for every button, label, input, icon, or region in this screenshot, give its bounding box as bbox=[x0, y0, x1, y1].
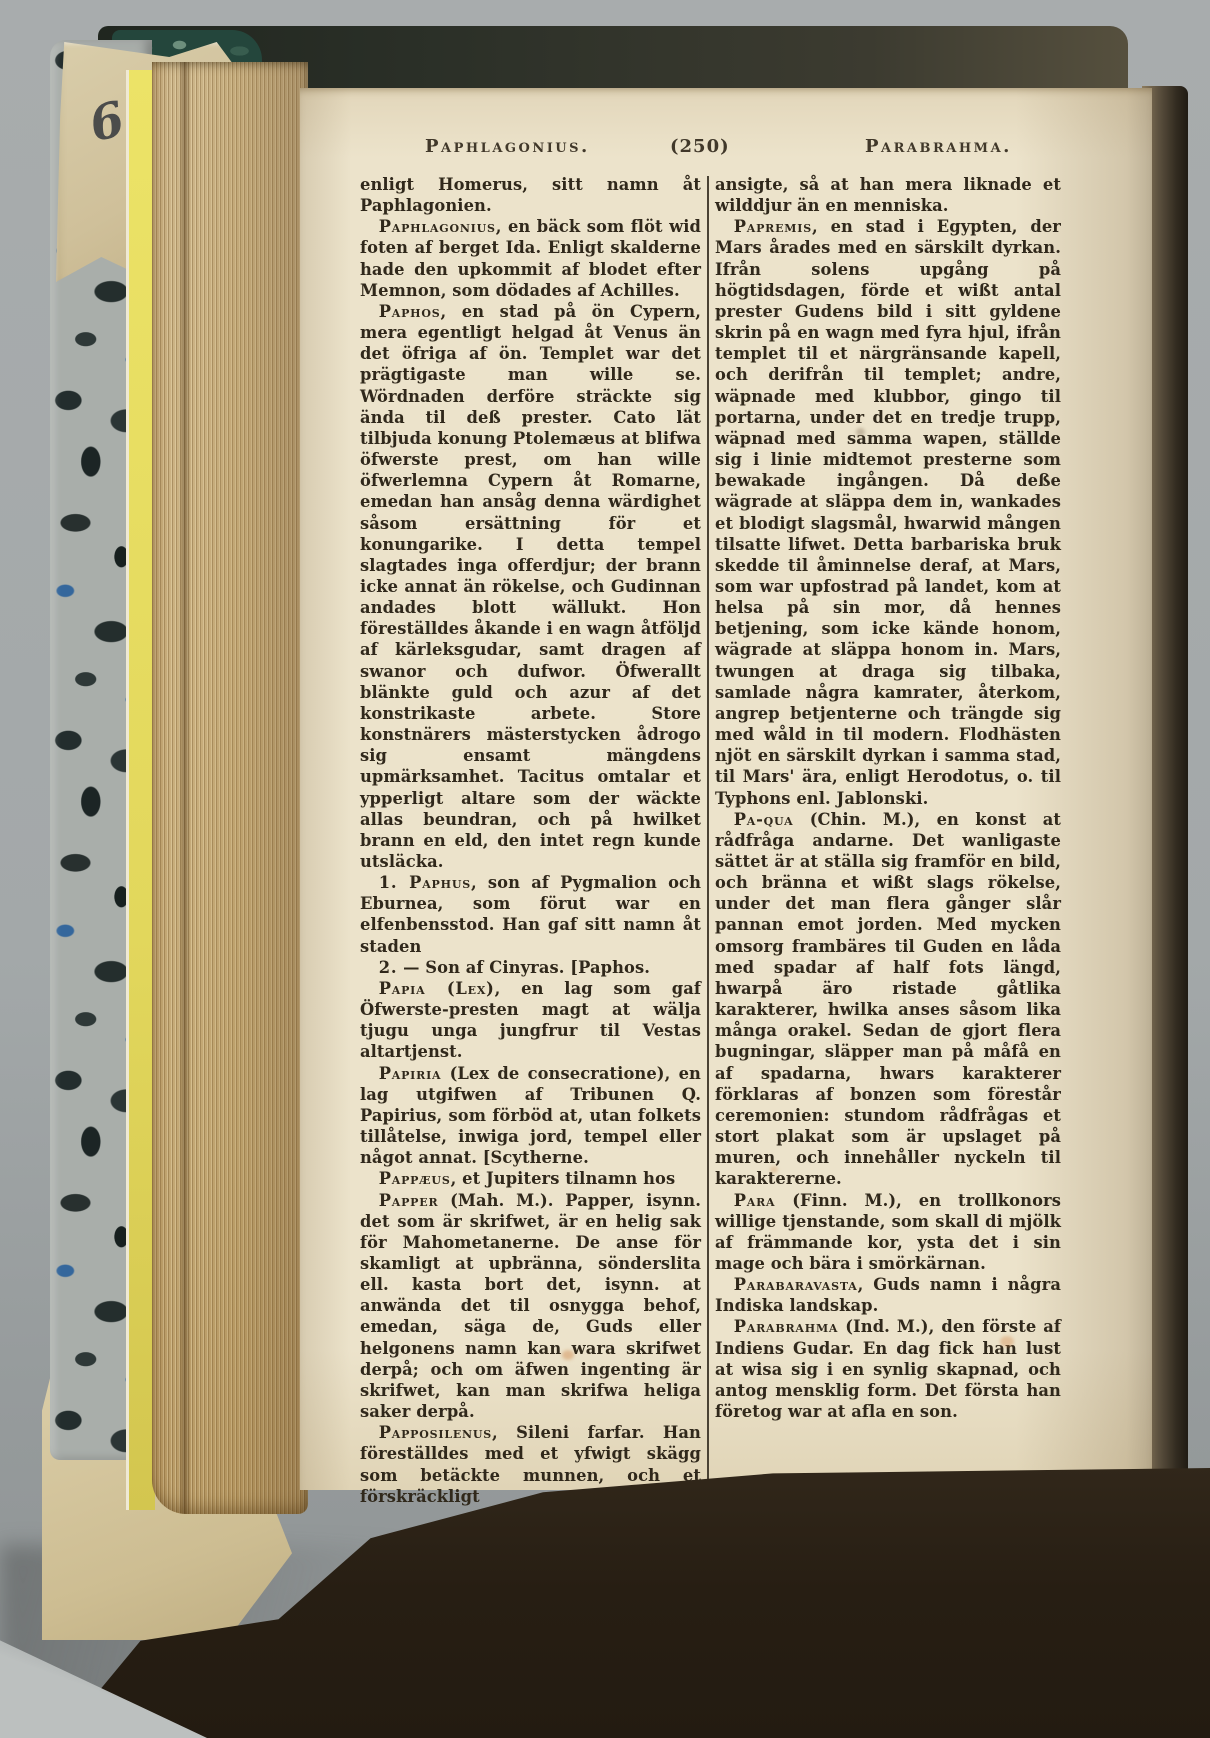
entry-headword: Papposilenus bbox=[379, 1423, 492, 1442]
entry-headword: Papiria bbox=[379, 1064, 442, 1083]
column-divider bbox=[701, 174, 715, 1507]
paragraph: Pappæus, et Jupiters tilnamn hos bbox=[360, 1168, 701, 1189]
paragraph: Papper (Mah. M.). Papper, isynn. det som… bbox=[360, 1190, 701, 1423]
paragraph: 1. Paphus, son af Pygmalion och Eburnea,… bbox=[360, 872, 701, 957]
paragraph: Paphlagonius, en bäck som flöt wid foten… bbox=[360, 216, 701, 301]
paragraph: 2. — Son af Cinyras. [Paphos. bbox=[360, 957, 701, 978]
entry-headword: Para bbox=[734, 1191, 776, 1210]
paragraph: Papremis, en stad i Egypten, der Mars år… bbox=[715, 216, 1061, 808]
entry-headword: 2. bbox=[379, 958, 398, 977]
page-header: Paphlagonius. (250) Parabrahma. bbox=[300, 136, 1152, 162]
paragraph: Parabaravasta, Guds namn i några Indiska… bbox=[715, 1274, 1061, 1316]
foxing-spot bbox=[1000, 1336, 1014, 1347]
entry-headword: Pappæus bbox=[379, 1169, 451, 1188]
entry-headword: Paphos bbox=[379, 302, 441, 321]
foxing-spot bbox=[856, 428, 865, 436]
header-catchword-left: Paphlagonius. bbox=[425, 136, 590, 157]
book-photo-scene: 6, Paphlagonius. (250) Parabrahma. enlig… bbox=[0, 0, 1210, 1738]
foxing-spot bbox=[770, 1166, 778, 1173]
entry-headword: Parabaravasta bbox=[734, 1275, 858, 1294]
foxing-spot bbox=[562, 1350, 574, 1360]
text-columns: enligt Homerus, sitt namn åt Paphlagonie… bbox=[360, 174, 1061, 1507]
entry-headword: Papia (Lex) bbox=[379, 979, 495, 998]
paragraph: Para (Finn. M.), en trollkonors willige … bbox=[715, 1190, 1061, 1275]
header-catchword-right: Parabrahma. bbox=[865, 136, 1012, 157]
book-page: Paphlagonius. (250) Parabrahma. enligt H… bbox=[300, 88, 1152, 1490]
paragraph: Paphos, en stad på ön Cypern, mera egent… bbox=[360, 301, 701, 872]
paragraph: Pa-qua (Chin. M.), en konst at rådfråga … bbox=[715, 809, 1061, 1190]
paragraph: ansigte, så at han mera liknade et wildd… bbox=[715, 174, 1061, 216]
entry-headword: Papper bbox=[379, 1191, 439, 1210]
yellow-endpaper-edge bbox=[126, 70, 155, 1510]
paragraph: Papiria (Lex de consecratione), en lag u… bbox=[360, 1063, 701, 1169]
entry-headword: Paphlagonius bbox=[379, 217, 496, 236]
text-column-left: enligt Homerus, sitt namn åt Paphlagonie… bbox=[360, 174, 701, 1507]
entry-headword: 1. Paphus bbox=[379, 873, 471, 892]
entry-headword: Papremis bbox=[734, 217, 812, 236]
paragraph: Parabrahma (Ind. M.), den förste af Indi… bbox=[715, 1316, 1061, 1422]
page-block-edges bbox=[152, 62, 308, 1514]
paragraph: Papia (Lex), en lag som gaf Öfwerste-pre… bbox=[360, 978, 701, 1063]
text-column-right: ansigte, så at han mera liknade et wildd… bbox=[715, 174, 1061, 1507]
entry-headword: Parabrahma bbox=[734, 1317, 839, 1336]
paragraph: enligt Homerus, sitt namn åt Paphlagonie… bbox=[360, 174, 701, 216]
entry-headword: Pa-qua bbox=[734, 810, 794, 829]
header-page-number: (250) bbox=[670, 136, 730, 157]
